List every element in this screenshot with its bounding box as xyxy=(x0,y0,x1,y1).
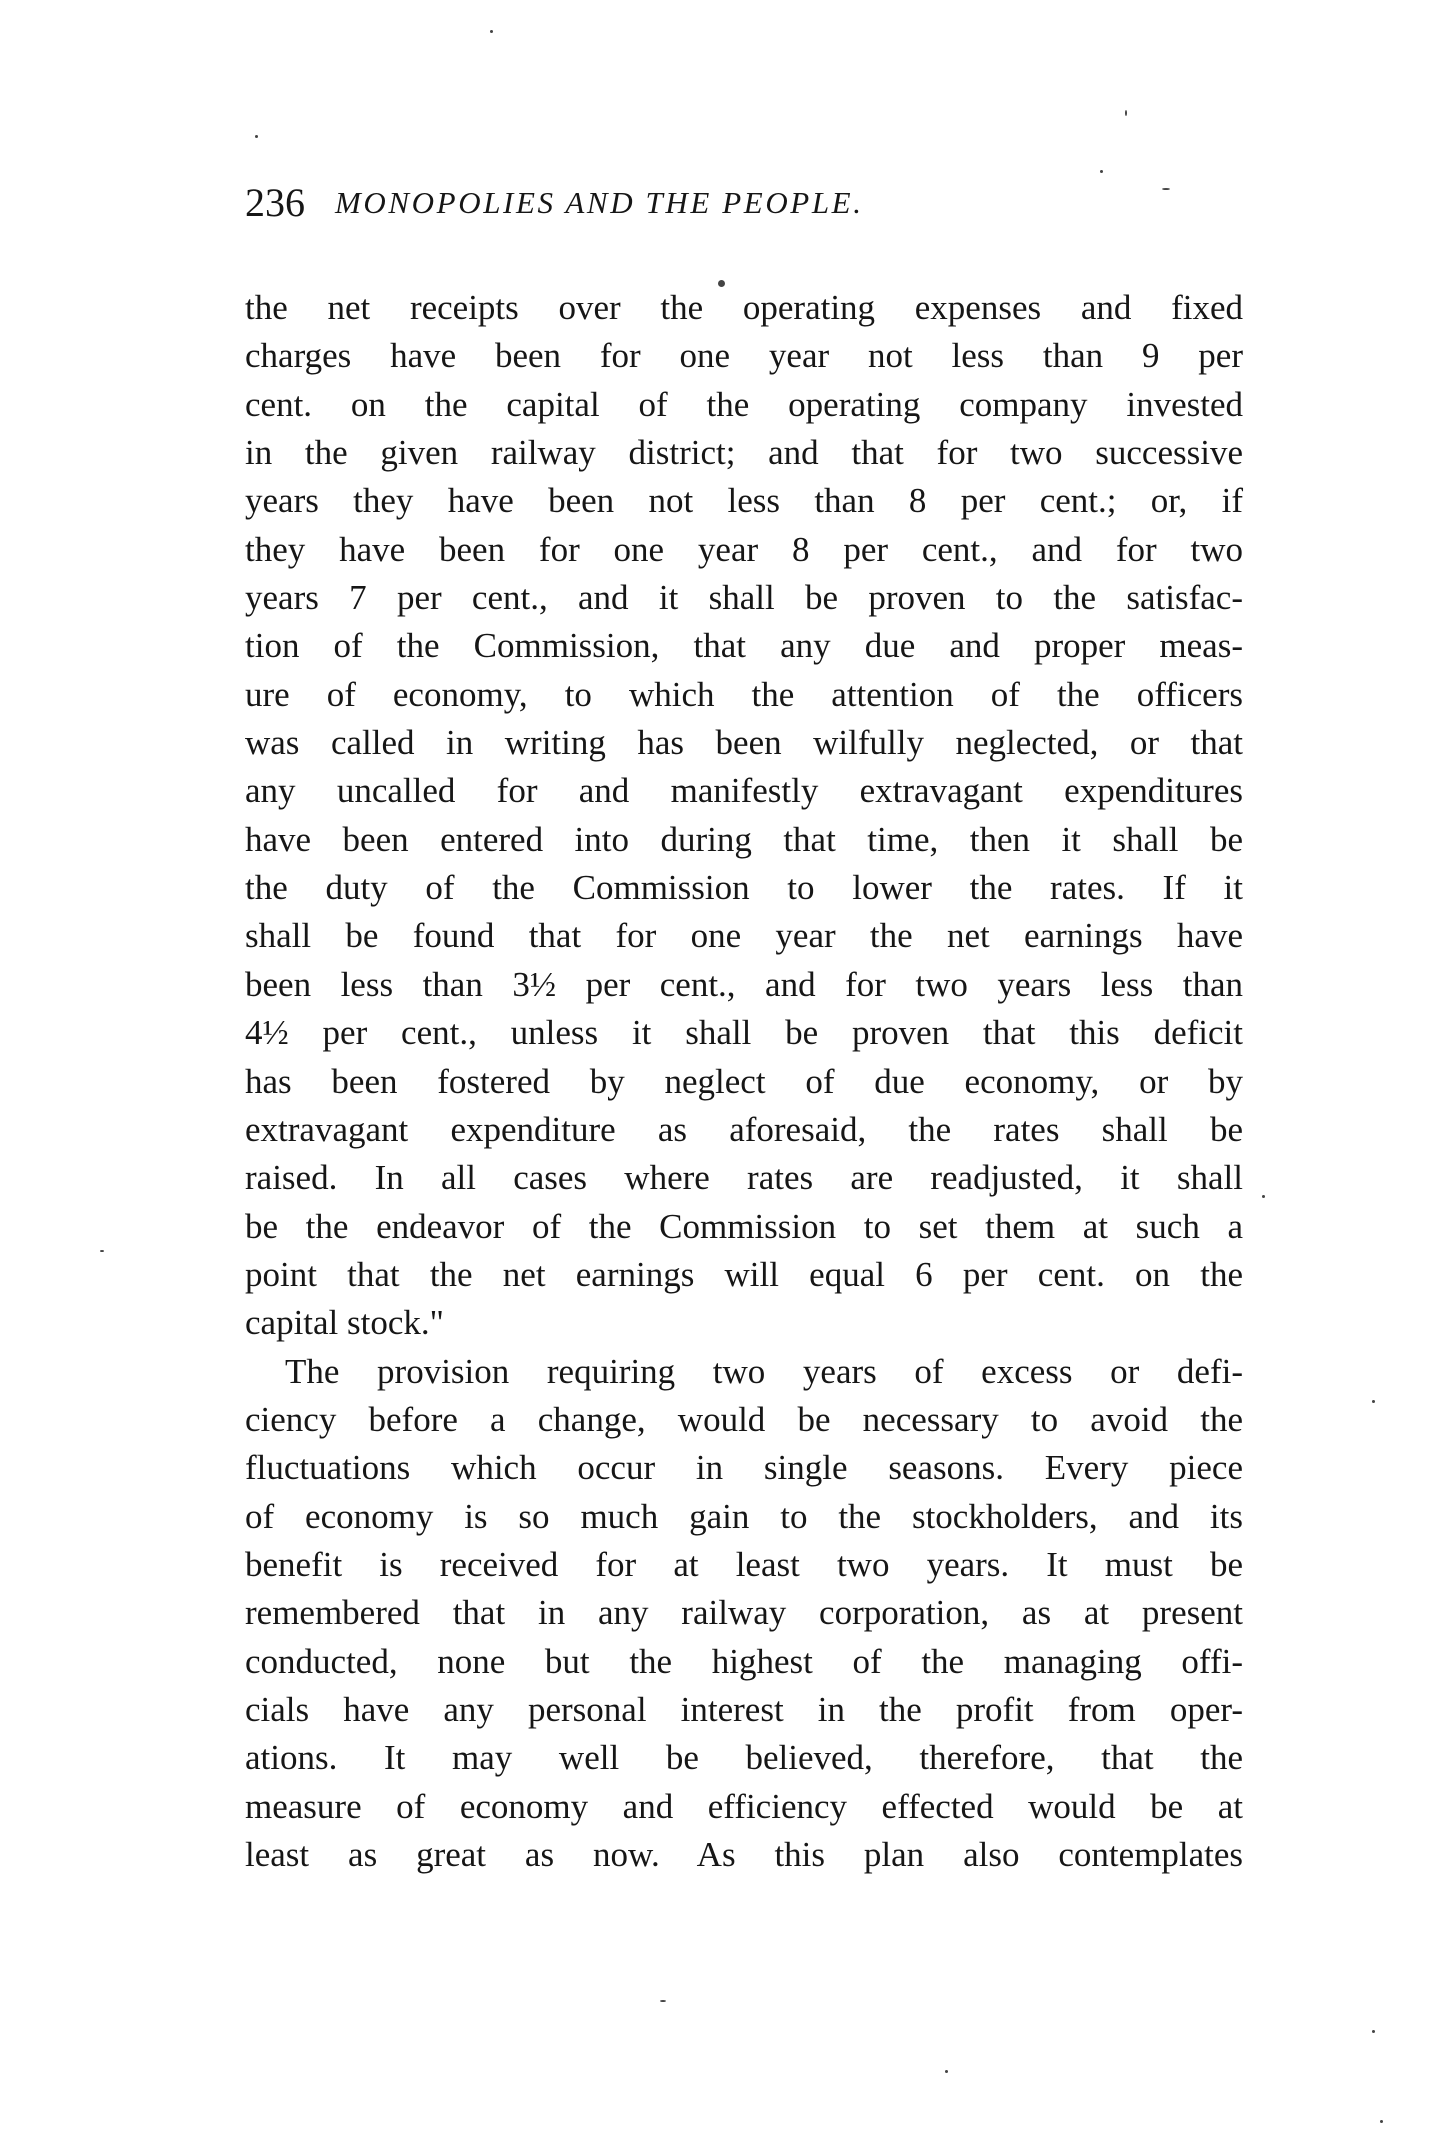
text-line: any uncalled for and manifestly extravag… xyxy=(245,767,1243,815)
scan-speck xyxy=(1100,170,1103,173)
text-line: fluctuations which occur in single seaso… xyxy=(245,1444,1243,1492)
text-line: has been fostered by neglect of due econ… xyxy=(245,1058,1243,1106)
running-title: MONOPOLIES AND THE PEOPLE. xyxy=(335,178,864,228)
text-line: of economy is so much gain to the stockh… xyxy=(245,1493,1243,1541)
scan-speck xyxy=(1372,2030,1375,2033)
scan-speck xyxy=(100,1250,104,1252)
text-line: they have been for one year 8 per cent.,… xyxy=(245,526,1243,574)
text-line: tion of the Commission, that any due and… xyxy=(245,622,1243,670)
text-line: raised. In all cases where rates are rea… xyxy=(245,1154,1243,1202)
text-line: the duty of the Commission to lower the … xyxy=(245,864,1243,912)
scan-speck xyxy=(660,2000,666,2002)
text-line: benefit is received for at least two yea… xyxy=(245,1541,1243,1589)
page-number: 236 xyxy=(245,178,305,228)
text-line: 4½ per cent., unless it shall be proven … xyxy=(245,1009,1243,1057)
text-line: point that the net earnings will equal 6… xyxy=(245,1251,1243,1299)
scan-speck xyxy=(1262,1195,1265,1198)
scan-speck xyxy=(490,30,493,33)
text-line: ations. It may well be believed, therefo… xyxy=(245,1734,1243,1782)
scan-speck xyxy=(945,2070,948,2073)
text-line: cials have any personal interest in the … xyxy=(245,1686,1243,1734)
body-text: the net receipts over the operating expe… xyxy=(245,284,1243,1879)
text-line: been less than 3½ per cent., and for two… xyxy=(245,961,1243,1009)
text-line: least as great as now. As this plan also… xyxy=(245,1831,1243,1879)
text-line: measure of economy and efficiency effect… xyxy=(245,1783,1243,1831)
text-line-paragraph-end: capital stock." xyxy=(245,1299,1243,1347)
text-line: ure of economy, to which the attention o… xyxy=(245,671,1243,719)
text-line: shall be found that for one year the net… xyxy=(245,912,1243,960)
text-line: the net receipts over the operating expe… xyxy=(245,284,1243,332)
scan-speck xyxy=(718,280,725,287)
text-line: was called in writing has been wilfully … xyxy=(245,719,1243,767)
book-page: 236 MONOPOLIES AND THE PEOPLE. the net r… xyxy=(0,0,1447,2140)
text-line: cent. on the capital of the operating co… xyxy=(245,381,1243,429)
text-line: in the given railway district; and that … xyxy=(245,429,1243,477)
text-line: remembered that in any railway corporati… xyxy=(245,1589,1243,1637)
text-line: conducted, none but the highest of the m… xyxy=(245,1638,1243,1686)
text-line: have been entered into during that time,… xyxy=(245,816,1243,864)
text-line: years they have been not less than 8 per… xyxy=(245,477,1243,525)
text-line: ciency before a change, would be necessa… xyxy=(245,1396,1243,1444)
scan-speck xyxy=(1372,1400,1375,1403)
scan-speck xyxy=(1162,188,1170,190)
running-head: 236 MONOPOLIES AND THE PEOPLE. xyxy=(245,178,1255,228)
text-line-paragraph-start: The provision requiring two years of exc… xyxy=(245,1348,1243,1396)
text-line: charges have been for one year not less … xyxy=(245,332,1243,380)
text-line: years 7 per cent., and it shall be prove… xyxy=(245,574,1243,622)
text-line: be the endeavor of the Commission to set… xyxy=(245,1203,1243,1251)
text-line: extravagant expenditure as aforesaid, th… xyxy=(245,1106,1243,1154)
scan-speck xyxy=(1125,110,1127,116)
scan-speck xyxy=(255,135,258,138)
scan-speck xyxy=(1380,2120,1383,2123)
